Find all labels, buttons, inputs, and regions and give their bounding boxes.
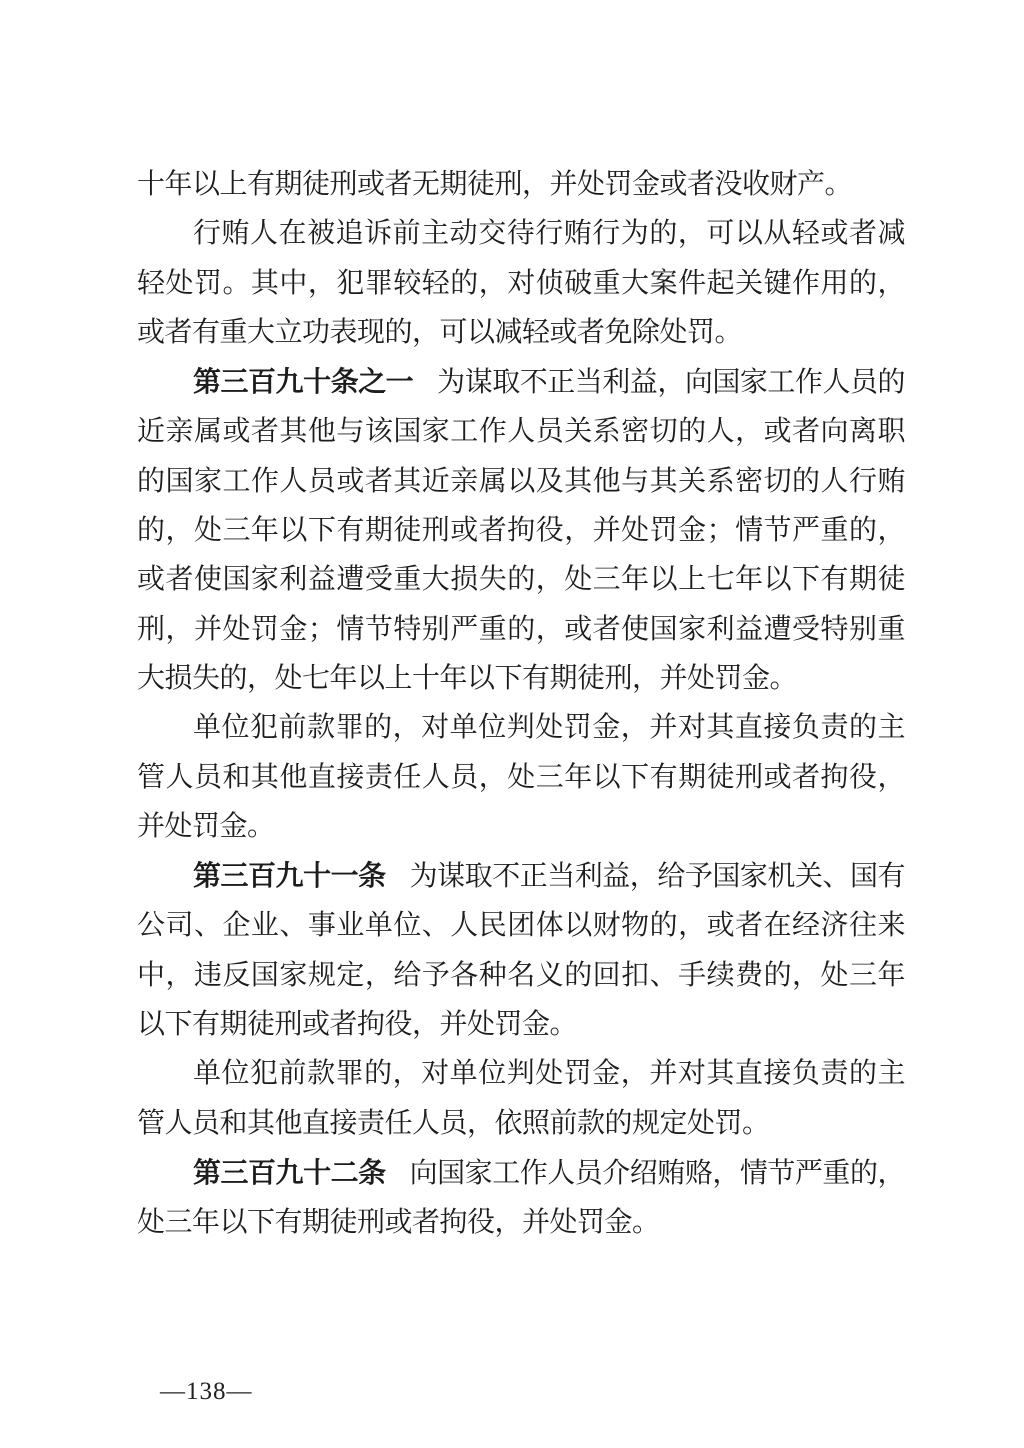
paragraph: 第三百九十条之一为谋取不正当利益，向国家工作人员的近亲属或者其他与该国家工作人员… xyxy=(137,357,905,703)
paragraph-text: 行贿人在被追诉前主动交待行贿行为的，可以从轻或者减轻处罚。其中，犯罪较轻的，对侦… xyxy=(137,218,905,348)
document-page: 十年以上有期徒刑或者无期徒刑，并处罚金或者没收财产。行贿人在被追诉前主动交待行贿… xyxy=(0,0,1024,1448)
paragraph: 十年以上有期徒刑或者无期徒刑，并处罚金或者没收财产。 xyxy=(137,160,905,209)
paragraph: 单位犯前款罪的，对单位判处罚金，并对其直接负责的主管人员和其他直接责任人员，处三… xyxy=(137,703,905,851)
paragraph-text: 单位犯前款罪的，对单位判处罚金，并对其直接负责的主管人员和其他直接责任人员，依照… xyxy=(137,1058,905,1138)
paragraph-text: 单位犯前款罪的，对单位判处罚金，并对其直接负责的主管人员和其他直接责任人员，处三… xyxy=(137,712,905,842)
article-number: 第三百九十条之一 xyxy=(193,366,413,397)
paragraph: 第三百九十二条向国家工作人员介绍贿赂，情节严重的，处三年以下有期徒刑或者拘役，并… xyxy=(137,1148,905,1248)
paragraph: 单位犯前款罪的，对单位判处罚金，并对其直接负责的主管人员和其他直接责任人员，依照… xyxy=(137,1049,905,1148)
article-number: 第三百九十二条 xyxy=(193,1157,386,1188)
paragraph: 第三百九十一条为谋取不正当利益，给予国家机关、国有公司、企业、事业单位、人民团体… xyxy=(137,851,905,1049)
paragraph-text: 为谋取不正当利益，向国家工作人员的近亲属或者其他与该国家工作人员关系密切的人，或… xyxy=(137,367,905,694)
document-body: 十年以上有期徒刑或者无期徒刑，并处罚金或者没收财产。行贿人在被追诉前主动交待行贿… xyxy=(137,160,905,1248)
paragraph-text: 十年以上有期徒刑或者无期徒刑，并处罚金或者没收财产。 xyxy=(137,169,852,200)
paragraph: 行贿人在被追诉前主动交待行贿行为的，可以从轻或者减轻处罚。其中，犯罪较轻的，对侦… xyxy=(137,209,905,357)
page-number: —138— xyxy=(160,1378,253,1406)
article-number: 第三百九十一条 xyxy=(193,860,386,891)
